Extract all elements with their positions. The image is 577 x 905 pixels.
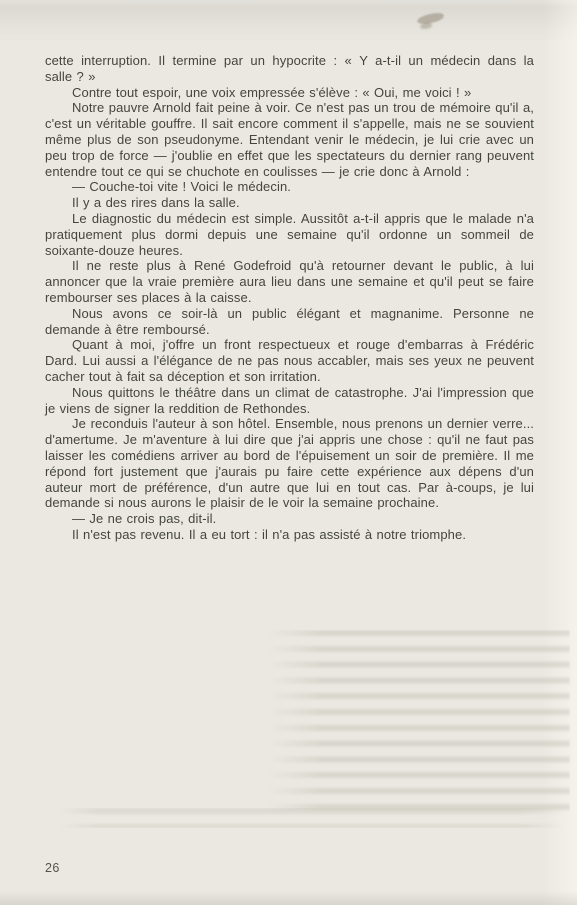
paragraph: Quant à moi, j'offre un front respectueu… [45,337,534,384]
reverse-page-showthrough [268,630,570,816]
paragraph: Nous quittons le théâtre dans un climat … [45,385,534,417]
scan-right-edge-highlight [543,0,577,905]
paragraph: Contre tout espoir, une voix empressée s… [45,85,534,101]
page-number: 26 [45,861,60,876]
reverse-page-showthrough-bottom [58,808,563,828]
paragraph: Nous avons ce soir-là un public élégant … [45,306,534,338]
paragraph: Il y a des rires dans la salle. [45,195,534,211]
paragraph: Notre pauvre Arnold fait peine à voir. C… [45,100,534,179]
page-text: cette interruption. Il termine par un hy… [45,53,534,543]
scanned-book-page: { "page": { "number": "26" }, "content":… [0,0,577,905]
scan-bottom-shadow [0,891,577,905]
paragraph: Il n'est pas revenu. Il a eu tort : il n… [45,527,534,543]
dialogue-line: — Je ne crois pas, dit-il. [45,511,534,527]
scan-top-shadow [0,0,577,40]
paragraph-continuation: cette interruption. Il termine par un hy… [45,53,534,85]
ink-smudge [416,12,444,26]
paragraph: Le diagnostic du médecin est simple. Aus… [45,211,534,258]
paragraph: Il ne reste plus à René Godefroid qu'à r… [45,258,534,305]
paragraph: Je reconduis l'auteur à son hôtel. Ensem… [45,416,534,511]
dialogue-line: — Couche-toi vite ! Voici le médecin. [45,179,534,195]
